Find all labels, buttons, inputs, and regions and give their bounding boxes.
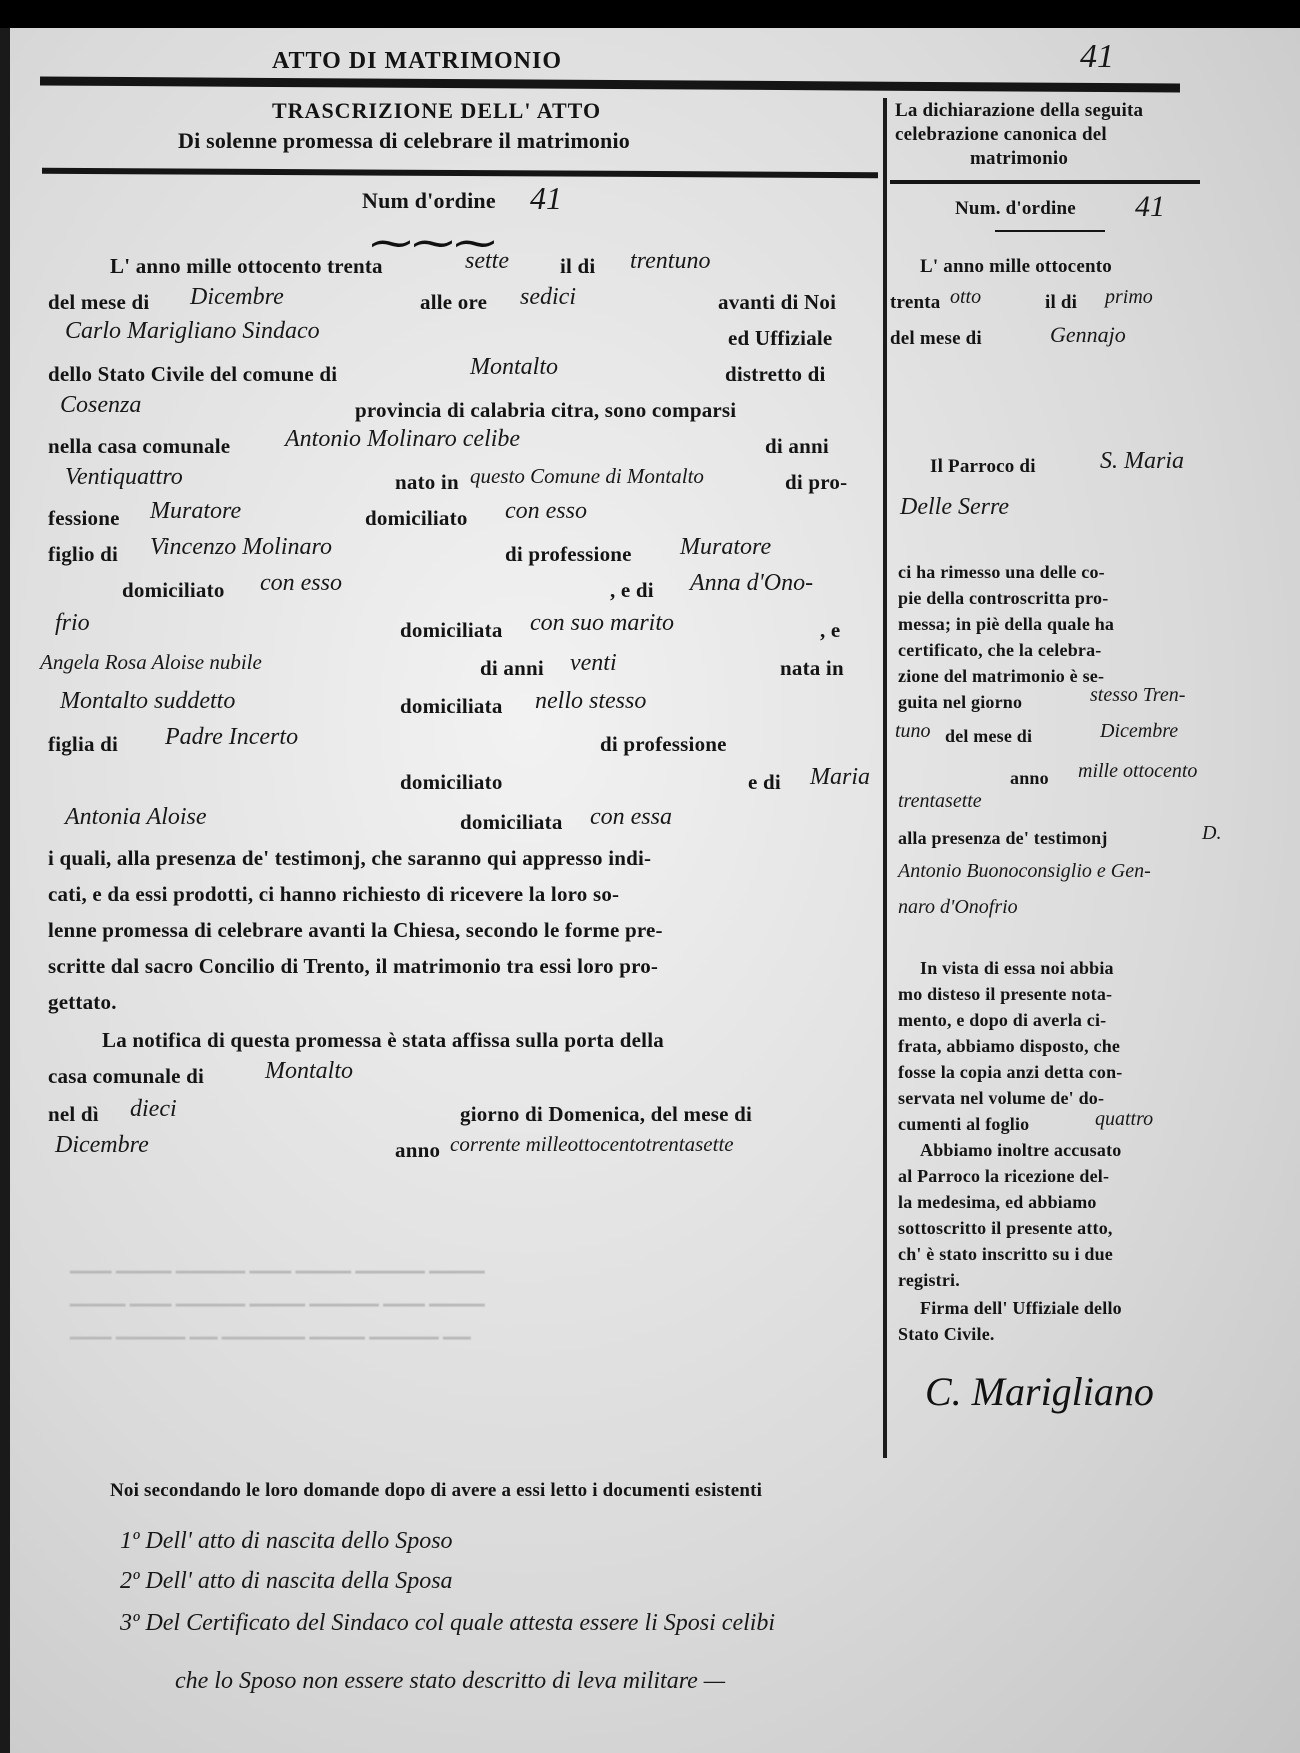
sidebar-paragraph-line: mento, e dopo di averla ci- (898, 1010, 1106, 1031)
order-label: Num d'ordine (362, 188, 496, 214)
sidebar-month-label: del mese di (890, 328, 982, 350)
groom-father: Vincenzo Molinaro (150, 534, 332, 561)
father-domicile-label: domiciliato (122, 578, 225, 603)
line-distretto-label: distretto di (725, 362, 826, 387)
groom-mother: Anna d'Ono- (690, 570, 813, 597)
paragraph-line: gettato. (48, 990, 117, 1015)
bleed-through-text: ▁▁▁▁ ▁▁▁ ▁▁▁▁▁ ▁▁▁▁ ▁▁▁▁▁ ▁▁▁ ▁▁▁▁ (70, 1286, 485, 1307)
bride-birthplace: Montalto suddetto (60, 688, 235, 715)
bride-domicile: nello stesso (535, 688, 646, 715)
sidebar-heading: La dichiarazione della seguita (895, 100, 1143, 122)
father-profession: Muratore (680, 534, 771, 561)
line-year-value: sette (465, 248, 509, 275)
sidebar-paragraph-line: In vista di essa noi abbia (920, 958, 1114, 979)
sidebar-foglio: quattro (1095, 1108, 1153, 1131)
mother-domicile-label: domiciliata (400, 618, 503, 643)
main-heading-rule (42, 168, 878, 178)
notice-day-label: nel dì (48, 1102, 99, 1127)
groom-mother-label: , e di (610, 578, 654, 603)
sidebar-anno-value: mille ottocento (1078, 760, 1197, 783)
sidebar-day-value: primo (1105, 286, 1153, 309)
line-day-value: trentuno (630, 248, 710, 275)
sidebar-paragraph-line: la medesima, ed abbiamo (898, 1192, 1097, 1213)
sidebar-paragraph-line: mo disteso il presente nota- (898, 984, 1112, 1005)
paragraph-line: scritte dal sacro Concilio di Trento, il… (48, 954, 658, 979)
line-avanti: avanti di Noi (718, 290, 836, 315)
bride-father: Padre Incerto (165, 724, 298, 751)
bride-domicile-label: domiciliata (400, 694, 503, 719)
sidebar-heading: celebrazione canonica del (895, 124, 1107, 146)
sidebar-parroco-label: Il Parroco di (930, 456, 1036, 478)
sidebar-day-seguita: stesso Tren- (1090, 684, 1185, 707)
bride-father-domicile-label: domiciliato (400, 770, 503, 795)
groom-name: Antonio Molinaro celibe (285, 426, 520, 453)
header-rule (40, 77, 1180, 93)
line-comune-value: Montalto (470, 354, 558, 381)
sidebar-heading: matrimonio (970, 148, 1068, 170)
notice-domenica: giorno di Domenica, del mese di (460, 1102, 752, 1127)
footer-documents-intro: Noi secondando le loro domande dopo di a… (110, 1480, 762, 1502)
official-signature: C. Marigliano (925, 1368, 1154, 1415)
sidebar-year-value: otto (950, 286, 981, 309)
page-edge-shadow (0, 28, 10, 1753)
mother-domicile: con suo marito (530, 610, 674, 637)
notice-casa-label: casa comunale di (48, 1064, 204, 1089)
sidebar-day-label: il di (1045, 292, 1077, 314)
sidebar-witnesses-label: alla presenza de' testimonj (898, 828, 1108, 849)
father-profession-label: di professione (505, 542, 632, 567)
line-official-name: Carlo Marigliano Sindaco (65, 318, 320, 345)
groom-birthplace-label: nato in (395, 470, 459, 495)
sidebar-anno-label: anno (1010, 768, 1049, 789)
notice-year: corrente milleottocentotrentasette (450, 1132, 734, 1157)
sidebar-month-value: Gennajo (1050, 322, 1126, 348)
line-hour-label: alle ore (420, 290, 487, 315)
notice-month: Dicembre (55, 1132, 149, 1159)
groom-profession-label: fessione (48, 506, 120, 531)
groom-mother-cont: frio (55, 610, 90, 637)
sidebar-paragraph-line: guita nel giorno (898, 692, 1022, 713)
notice-comune: Montalto (265, 1058, 353, 1085)
line-month-value: Dicembre (190, 284, 284, 311)
footer-document-item: 3º Del Certificato del Sindaco col quale… (120, 1610, 775, 1637)
footer-document-item: 2º Dell' atto di nascita della Sposa (120, 1568, 453, 1595)
paragraph-line: i quali, alla presenza de' testimonj, ch… (48, 846, 651, 871)
sidebar-witness: naro d'Onofrio (898, 896, 1018, 919)
sidebar-paragraph-line: zione del matrimonio è se- (898, 666, 1104, 687)
groom-father-label: figlio di (48, 542, 118, 567)
bride-birthplace-label: nata in (780, 656, 844, 681)
sidebar-paragraph-line: ci ha rimesso una delle co- (898, 562, 1105, 583)
sidebar-heading-rule (890, 180, 1200, 184)
line-distretto-value: Cosenza (60, 392, 141, 419)
bride-mother-label: e di (748, 770, 781, 795)
footer-document-item: 1º Dell' atto di nascita dello Sposo (120, 1528, 453, 1555)
sidebar-paragraph-line: ch' è stato inscritto su i due (898, 1244, 1113, 1265)
bleed-through-text: ▁▁▁ ▁▁▁▁ ▁▁▁▁▁ ▁▁▁ ▁▁▁▁ ▁▁▁▁▁ ▁▁▁▁ (70, 1253, 485, 1274)
line-comune-label: dello Stato Civile del comune di (48, 362, 337, 387)
sidebar-paragraph-line: sottoscritto il presente atto, (898, 1218, 1113, 1239)
sidebar-order-rule (995, 230, 1105, 232)
line-year-label: L' anno mille ottocento trenta (110, 254, 383, 279)
order-number: 41 (530, 180, 562, 217)
notice-year-label: anno (395, 1138, 440, 1163)
sidebar-firma: Stato Civile. (898, 1324, 995, 1345)
sidebar-parish: Delle Serre (900, 494, 1009, 521)
sidebar-mese-label: del mese di (945, 726, 1032, 747)
line-month-label: del mese di (48, 290, 149, 315)
sidebar-witness: D. (1202, 822, 1221, 845)
main-subheading: Di solenne promessa di celebrare il matr… (178, 128, 630, 154)
bride-age-label: di anni (480, 656, 544, 681)
bride-father-profession-label: di professione (600, 732, 727, 757)
document-title: ATTO DI MATRIMONIO (272, 48, 562, 75)
sidebar-year-label: L' anno mille ottocento (920, 256, 1112, 278)
line-day-label: il di (560, 254, 595, 279)
father-domicile: con esso (260, 570, 342, 597)
groom-profession: Muratore (150, 498, 241, 525)
sidebar-mese-value: Dicembre (1100, 720, 1178, 743)
bride-father-label: figlia di (48, 732, 118, 757)
main-heading: TRASCRIZIONE DELL' ATTO (272, 98, 601, 124)
groom-domicile-label: domiciliato (365, 506, 468, 531)
line-professione-break: di pro- (785, 470, 847, 495)
sidebar-day-cont: tuno (895, 720, 931, 743)
sidebar-paragraph-line: messa; in piè della quale ha (898, 614, 1114, 635)
sidebar-anno-cont: trentasette (898, 790, 982, 813)
bride-mother-domicile: con essa (590, 804, 672, 831)
groom-domicile: con esso (505, 498, 587, 525)
sidebar-order-number: 41 (1135, 190, 1165, 224)
sidebar-paragraph-line: registri. (898, 1270, 960, 1291)
bride-mother-cont: Antonia Aloise (65, 804, 207, 831)
sidebar-parroco-value: S. Maria (1100, 448, 1184, 475)
sidebar-order-label: Num. d'ordine (955, 198, 1076, 220)
sidebar-firma: Firma dell' Uffiziale dello (920, 1298, 1122, 1319)
bride-mother: Maria (810, 764, 870, 791)
line-hour-value: sedici (520, 284, 576, 311)
sidebar-paragraph-line: fosse la copia anzi detta con- (898, 1062, 1122, 1083)
bride-age: venti (570, 650, 617, 677)
column-divider (883, 98, 887, 1458)
bride-mother-domicile-label: domiciliata (460, 810, 563, 835)
footer-document-item: che lo Sposo non essere stato descritto … (175, 1668, 725, 1695)
sidebar-trenta: trenta (890, 292, 940, 314)
notice-line: La notifica di questa promessa è stata a… (102, 1028, 664, 1053)
notice-day: dieci (130, 1096, 177, 1123)
line-e: , e (820, 618, 840, 643)
sidebar-paragraph-line: pie della controscritta pro- (898, 588, 1108, 609)
sidebar-witness: Antonio Buonoconsiglio e Gen- (898, 860, 1151, 883)
page-number: 41 (1080, 38, 1114, 76)
sidebar-paragraph-line: frata, abbiamo disposto, che (898, 1036, 1120, 1057)
document-page: ATTO DI MATRIMONIO 41 TRASCRIZIONE DELL'… (10, 28, 1300, 1753)
groom-birthplace: questo Comune di Montalto (470, 464, 704, 489)
bride-name: Angela Rosa Aloise nubile (40, 650, 262, 675)
paragraph-line: cati, e da essi prodotti, ci hanno richi… (48, 882, 619, 907)
sidebar-paragraph-line: al Parroco la ricezione del- (898, 1166, 1109, 1187)
bleed-through-text: ▁▁▁ ▁▁▁▁▁ ▁▁ ▁▁▁▁▁▁ ▁▁▁▁ ▁▁▁▁▁ ▁▁ (70, 1319, 471, 1340)
paragraph-line: lenne promessa di celebrare avanti la Ch… (48, 918, 663, 943)
sidebar-paragraph-line: Abbiamo inoltre accusato (920, 1140, 1121, 1161)
sidebar-paragraph-line: certificato, che la celebra- (898, 640, 1102, 661)
line-casa-comunale: nella casa comunale (48, 434, 230, 459)
groom-age-label: di anni (765, 434, 829, 459)
sidebar-paragraph-line: cumenti al foglio (898, 1114, 1029, 1135)
groom-age: Ventiquattro (65, 464, 183, 491)
sidebar-paragraph-line: servata nel volume de' do- (898, 1088, 1104, 1109)
line-uffiziale: ed Uffiziale (728, 326, 832, 351)
line-provincia: provincia di calabria citra, sono compar… (355, 398, 736, 423)
